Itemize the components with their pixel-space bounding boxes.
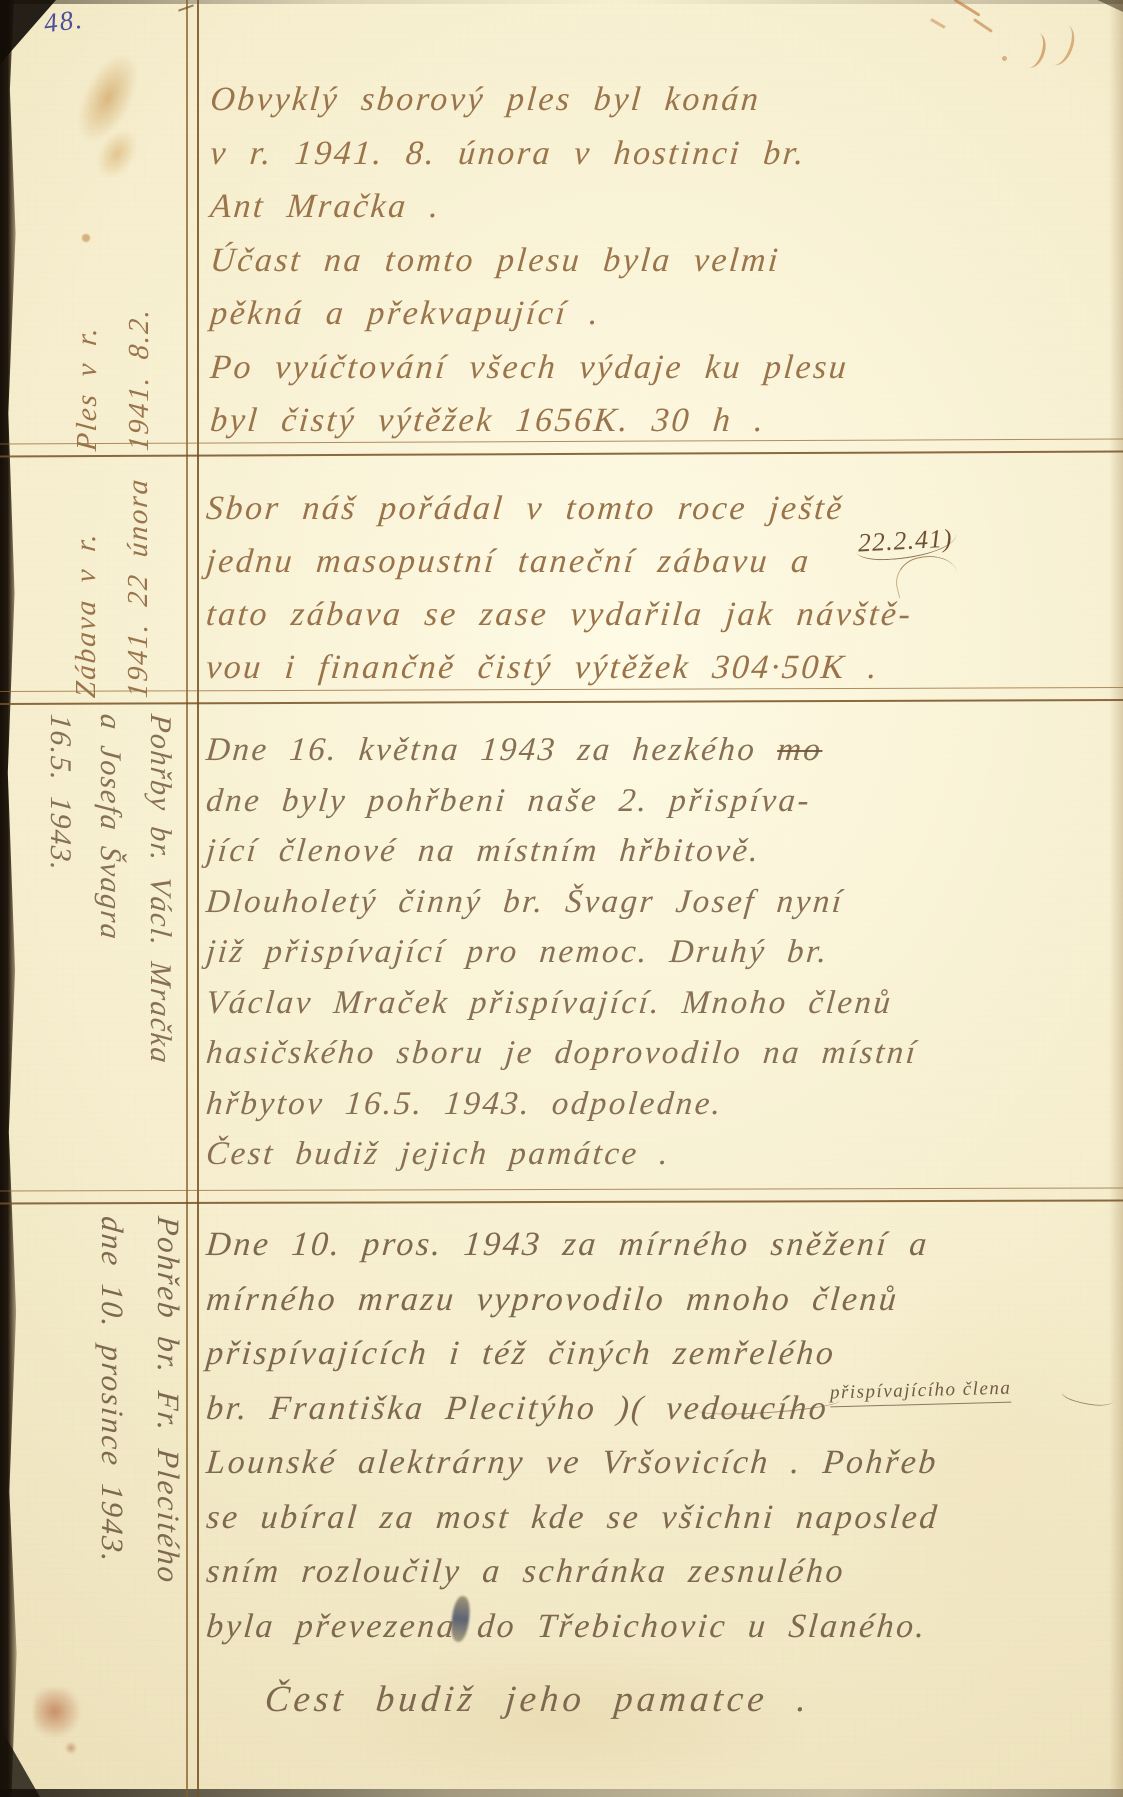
handwriting-line: Ant Mračka .: [208, 180, 851, 234]
handwriting-line: Po vyúčtování všech výdaje ku plesu: [208, 341, 851, 395]
margin-note-line: 1941. 8.2.: [113, 138, 165, 453]
handwriting-line: Účast na tomto plesu byla velmi: [208, 234, 851, 288]
margin-note-line: Ples v r.: [61, 138, 113, 453]
margin-note-section-3: Pohřby br. Václ. Mračkaa Josefa Švagra16…: [35, 712, 185, 1182]
handwriting-line: dne byly pohřbeni naše 2. přispíva-: [204, 776, 920, 827]
margin-note-line: dne 10. prosince 1943.: [84, 1214, 140, 1797]
section-1-body: Obvyklý sborový ples byl konánv r. 1941.…: [208, 73, 846, 448]
ink-smudge: [1017, 30, 1049, 71]
margin-note-line: 1941. 22 února: [112, 439, 164, 700]
scan-edge-top: [0, 0, 1123, 4]
chronicle-scanned-page: 48. Ples v r.1941. 8.2. Zábava v r.1941.…: [0, 0, 1123, 1797]
handwriting-line: se ubíral za most kde se všichni naposle…: [204, 1491, 941, 1546]
margin-note-line: a Josefa Švagra: [85, 712, 135, 1186]
scan-edge-right: [1109, 0, 1123, 1797]
margin-note-section-4: Pohřeb br. Fr. Plecitéhodne 10. prosince…: [78, 1214, 196, 1794]
handwriting-line: jednu masopustní taneční zábavu a: [204, 535, 915, 588]
margin-note-line: Pohřby br. Václ. Mračka: [135, 712, 185, 1186]
handwriting-line: Dlouholetý činný br. Švagr Josef nyní: [204, 877, 920, 928]
handwriting-line: Lounské alektrárny ve Vršovicích . Pohře…: [204, 1436, 941, 1491]
ink-smudge: [930, 18, 945, 28]
section-2-body: Sbor náš pořádal v tomto roce ještějednu…: [204, 482, 910, 694]
section-3-body: Dne 16. května 1943 za hezkého modne byl…: [204, 725, 915, 1180]
page-number: 48.: [42, 4, 85, 40]
closing-line: Čest budiž jeho pamatce .: [263, 1678, 812, 1721]
red-stain: [64, 1742, 78, 1754]
red-stain: [34, 1688, 80, 1740]
book-edge-shadow: [0, 0, 26, 1797]
ink-smudge: [973, 18, 993, 33]
handwriting-line: Dne 10. pros. 1943 za mírného sněžení a: [204, 1218, 941, 1273]
ink-smudge: [1002, 56, 1007, 61]
margin-note-line: 16.5. 1943.: [35, 712, 85, 1186]
handwriting-line: Sbor náš pořádal v tomto roce ještě: [204, 482, 915, 535]
handwriting-line: vou i finančně čistý výtěžek 304·50K .: [204, 641, 915, 694]
insertion-underline-right: [1061, 1381, 1116, 1412]
inserted-date-annotation: 22.2.41): [855, 523, 957, 561]
handwriting-line: přispívajících i též činých zemřelého: [204, 1327, 941, 1382]
margin-note-line: Zábava v r.: [60, 439, 112, 700]
handwriting-line: tato zábava se zase vydařila jak návště-: [204, 588, 915, 641]
handwriting-line: sním rozloučily a schránka zesnulého: [204, 1545, 941, 1600]
handwriting-line: již přispívající pro nemoc. Druhý br.: [204, 927, 920, 978]
handwriting-line: mírného mrazu vyprovodilo mnoho členů: [204, 1273, 941, 1328]
ink-smudge: [1042, 21, 1080, 69]
handwriting-line: Václav Mraček přispívající. Mnoho členů: [204, 978, 920, 1029]
handwriting-line: v r. 1941. 8. února v hostinci br.: [208, 127, 851, 181]
handwriting-line: Dne 16. května 1943 za hezkého mo: [204, 725, 920, 776]
handwriting-line: Čest budiž jejich památce .: [204, 1129, 920, 1180]
handwriting-line: pěkná a překvapující .: [208, 287, 851, 341]
rust-stain: [65, 44, 150, 151]
margin-note-section-1: Ples v r.1941. 8.2.: [61, 143, 173, 453]
handwriting-line: jící členové na místním hřbitově.: [204, 826, 920, 877]
margin-note-section-2: Zábava v r.1941. 22 února: [60, 444, 168, 700]
section-4-body: Dne 10. pros. 1943 za mírného sněžení am…: [204, 1218, 937, 1654]
handwriting-line: byl čistý výtěžek 1656K. 30 h .: [208, 394, 851, 448]
handwriting-line: hasičského sboru je doprovodilo na místn…: [204, 1028, 920, 1079]
insertion-annotation: přispívajícího člena: [830, 1378, 1012, 1408]
section-divider-3: [0, 1188, 1123, 1205]
handwriting-line: Obvyklý sborový ples byl konán: [208, 73, 851, 127]
corner-shadow-bottom-left: [0, 1727, 40, 1797]
column-rule-inner: [197, 0, 199, 1797]
handwriting-line: byla převezena do Třebichovic u Slaného.: [204, 1600, 941, 1655]
handwriting-line: hřbytov 16.5. 1943. odpoledne.: [204, 1079, 920, 1130]
margin-note-line: Pohřeb br. Fr. Plecitého: [140, 1214, 196, 1797]
